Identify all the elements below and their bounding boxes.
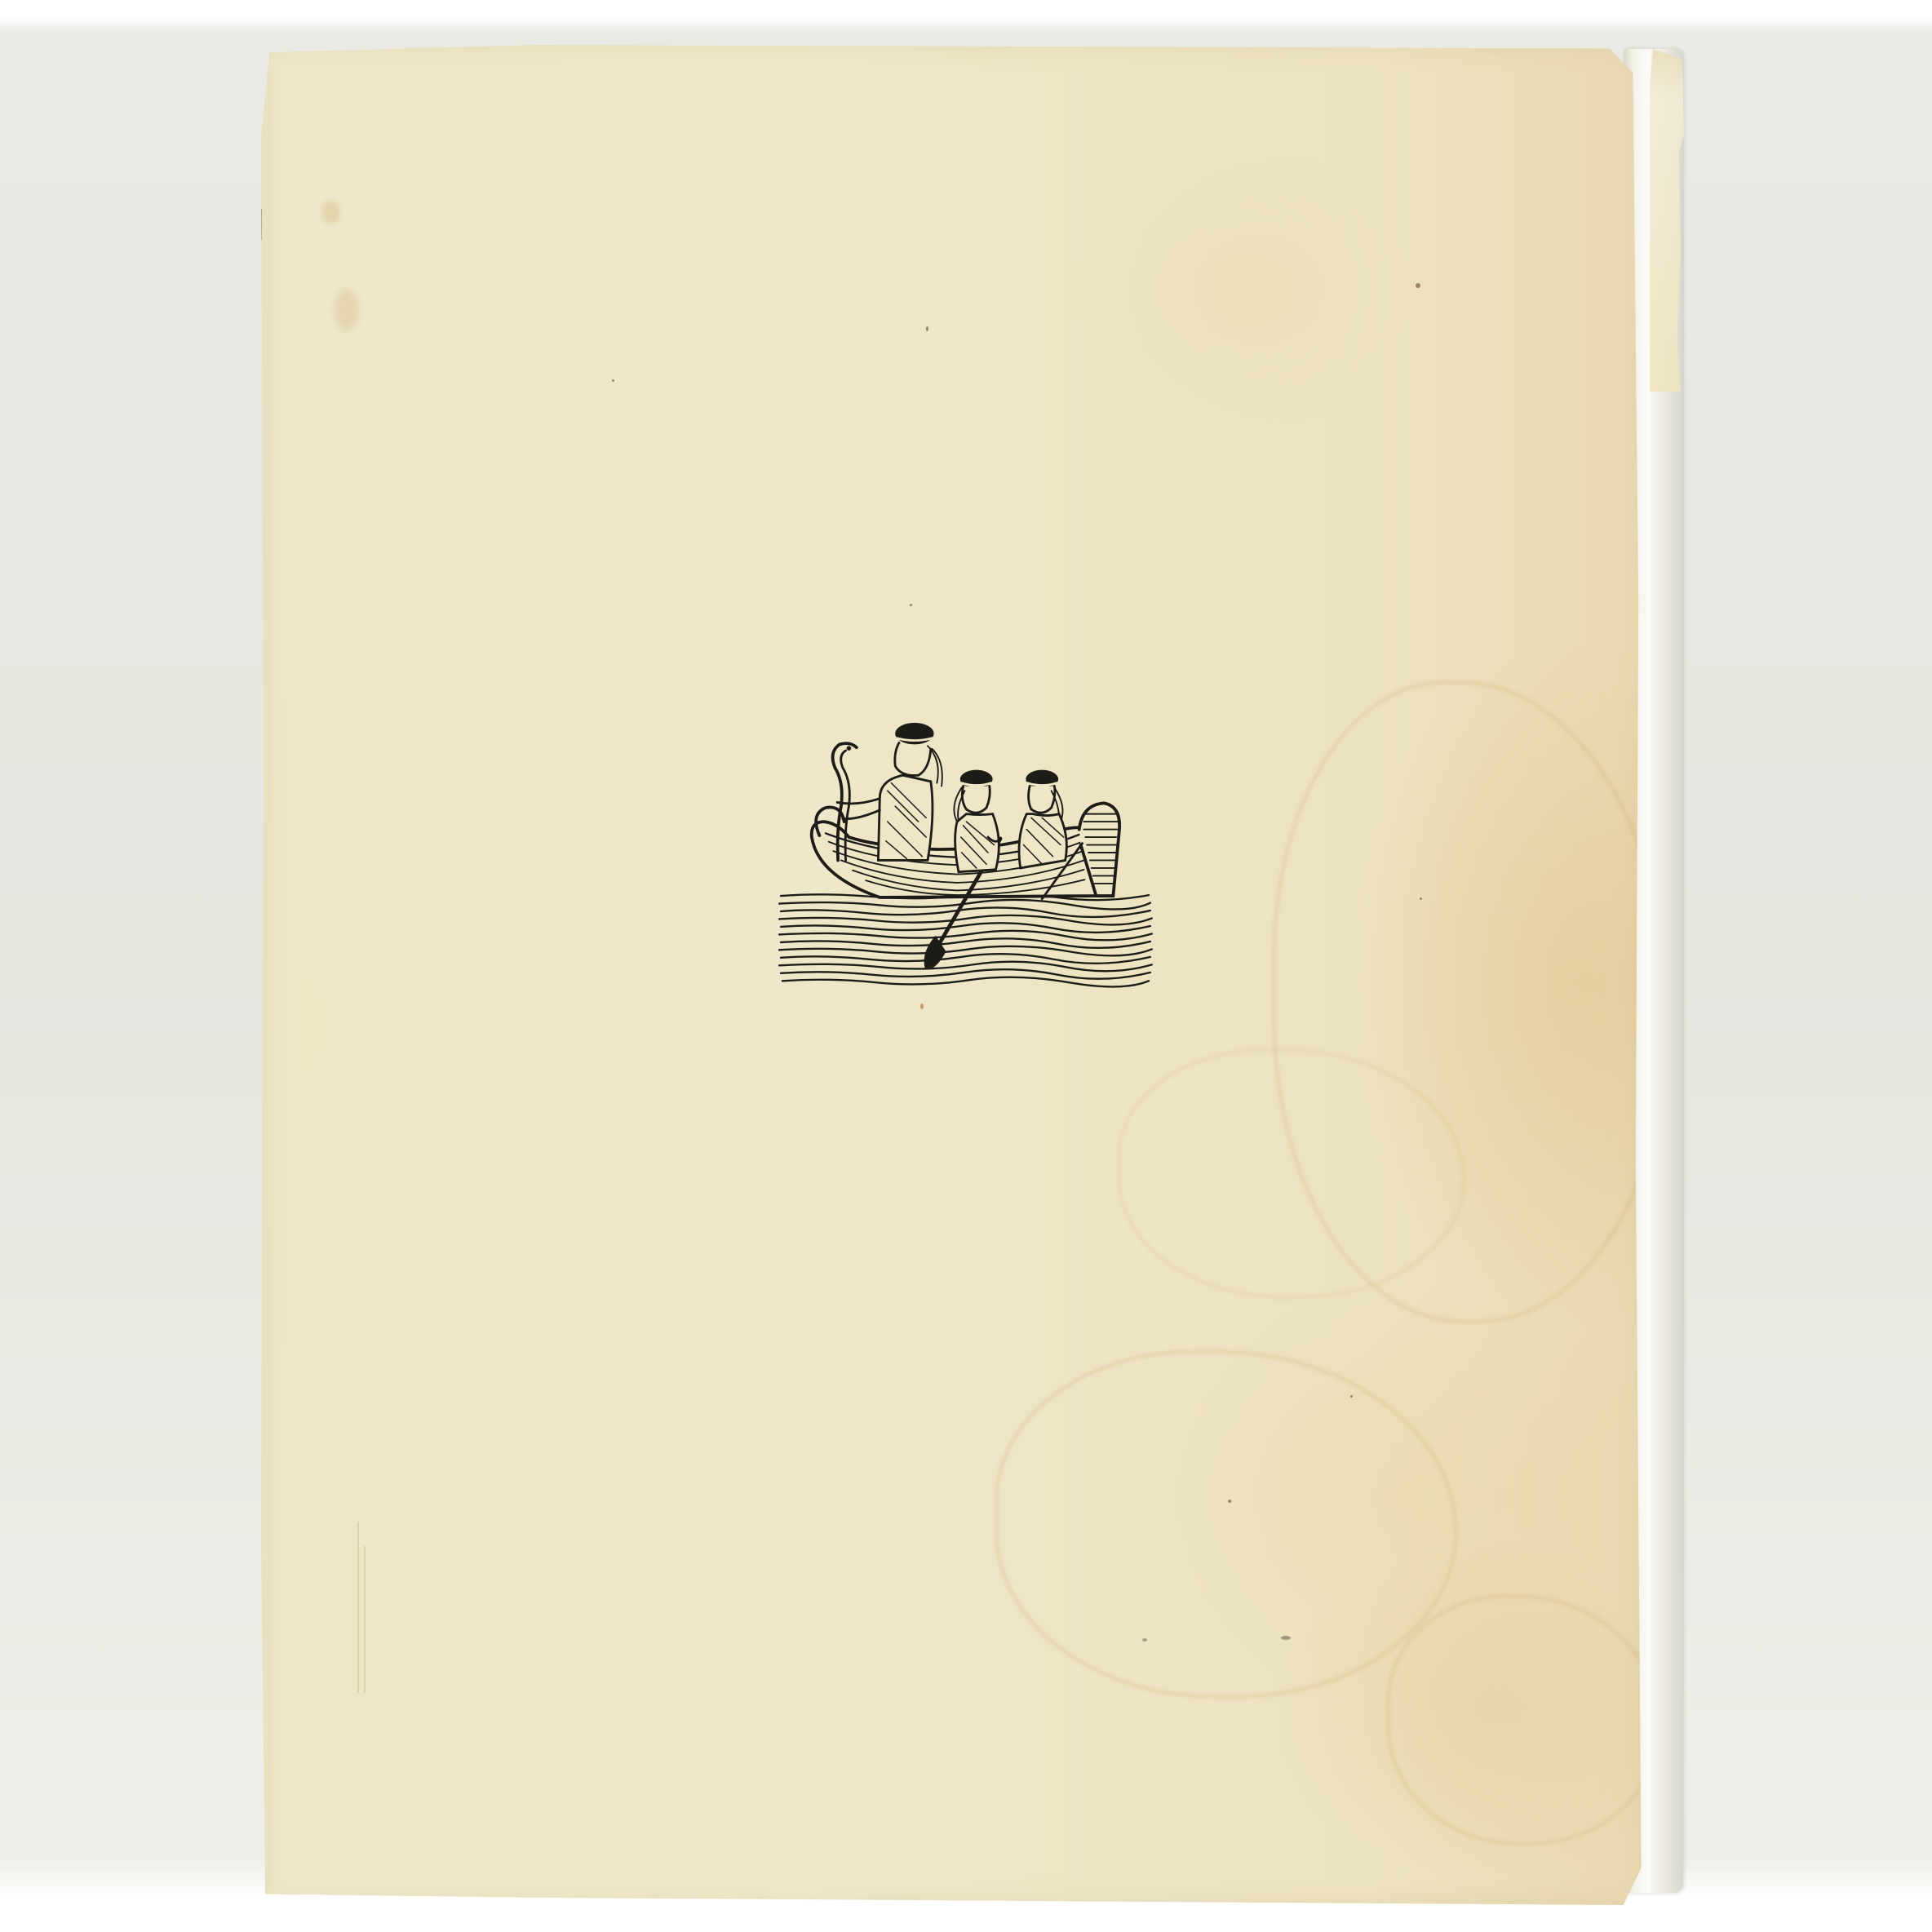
paper-crease bbox=[364, 1546, 366, 1693]
foxing-spot bbox=[1228, 1500, 1231, 1503]
paper-crease bbox=[357, 1522, 359, 1693]
foxing-spot bbox=[1416, 283, 1420, 288]
photo-scene bbox=[0, 0, 1932, 1932]
foxing-spot bbox=[612, 379, 614, 382]
figure-bow bbox=[1019, 770, 1066, 868]
foxing-spot bbox=[1420, 897, 1422, 900]
foxing-spot bbox=[926, 326, 928, 331]
boat-woodcut-icon bbox=[763, 706, 1167, 999]
water-waves bbox=[779, 894, 1152, 987]
stain-blotch bbox=[322, 200, 340, 224]
water-stain bbox=[995, 1350, 1457, 1698]
foxing-spot bbox=[1281, 1636, 1291, 1640]
foxing-spot bbox=[920, 1004, 924, 1009]
foxing-spot bbox=[1142, 1638, 1147, 1642]
stain-blotch bbox=[335, 290, 359, 330]
foxing-spot bbox=[1350, 1395, 1353, 1398]
foxing-spot bbox=[910, 604, 912, 606]
water-stain bbox=[1387, 1595, 1661, 1845]
woodcut-boat-illustration bbox=[763, 706, 1167, 999]
figure-rower bbox=[954, 770, 1000, 872]
foxing-spot bbox=[259, 208, 262, 241]
